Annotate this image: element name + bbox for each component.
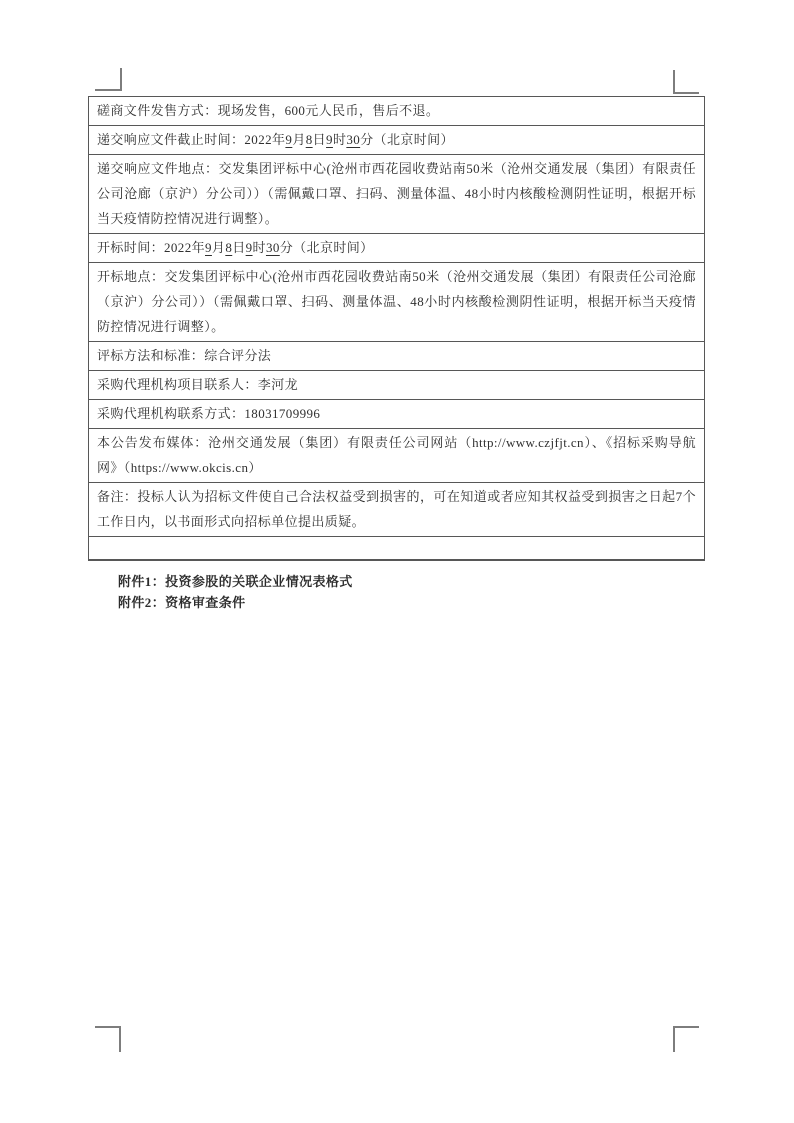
cell-text: 磋商文件发售方式：现场发售，600元人民币，售后不退。 [97,103,439,118]
row-bid-opening-time: 开标时间：2022年9月8日9时30分（北京时间） [89,234,704,263]
cell-text: 开标时间：2022年9月8日9时30分（北京时间） [97,240,374,255]
cell-text: 评标方法和标准：综合评分法 [97,348,271,363]
crop-mark-top-right [673,70,699,94]
cell-text: 本公告发布媒体：沧州交通发展（集团）有限责任公司网站（http://www.cz… [97,435,696,475]
row-empty [89,537,704,559]
row-agency-contact-phone: 采购代理机构联系方式：18031709996 [89,400,704,429]
announcement-info-table: 磋商文件发售方式：现场发售，600元人民币，售后不退。 递交响应文件截止时间：2… [88,96,705,561]
cell-text: 开标地点：交发集团评标中心(沧州市西花园收费站南50米（沧州交通发展（集团）有限… [97,269,696,334]
row-evaluation-method: 评标方法和标准：综合评分法 [89,342,704,371]
crop-mark-bottom-right [673,1026,699,1052]
row-response-deadline: 递交响应文件截止时间：2022年9月8日9时30分（北京时间） [89,126,704,155]
attachment-line-2: 附件2：资格审查条件 [118,592,353,613]
attachments-list: 附件1：投资参股的关联企业情况表格式 附件2：资格审查条件 [118,571,353,613]
cell-text: 备注：投标人认为招标文件使自己合法权益受到损害的，可在知道或者应知其权益受到损害… [97,489,696,529]
cell-text: 递交响应文件地点：交发集团评标中心(沧州市西花园收费站南50米（沧州交通发展（集… [97,161,696,226]
row-response-location: 递交响应文件地点：交发集团评标中心(沧州市西花园收费站南50米（沧州交通发展（集… [89,155,704,234]
row-bid-opening-location: 开标地点：交发集团评标中心(沧州市西花园收费站南50米（沧州交通发展（集团）有限… [89,263,704,342]
cell-text: 采购代理机构联系方式：18031709996 [97,406,320,421]
crop-mark-top-left [95,68,122,91]
attachment-line-1: 附件1：投资参股的关联企业情况表格式 [118,571,353,592]
cell-text: 递交响应文件截止时间：2022年9月8日9时30分（北京时间） [97,132,454,147]
document-page: { "table": { "rows": [ { "text": "磋商文件发售… [0,0,794,1123]
row-document-sale-method: 磋商文件发售方式：现场发售，600元人民币，售后不退。 [89,97,704,126]
crop-mark-bottom-left [95,1026,121,1052]
row-announcement-media: 本公告发布媒体：沧州交通发展（集团）有限责任公司网站（http://www.cz… [89,429,704,483]
cell-text: 采购代理机构项目联系人：李河龙 [97,377,298,392]
row-agency-contact-person: 采购代理机构项目联系人：李河龙 [89,371,704,400]
row-remarks: 备注：投标人认为招标文件使自己合法权益受到损害的，可在知道或者应知其权益受到损害… [89,483,704,537]
